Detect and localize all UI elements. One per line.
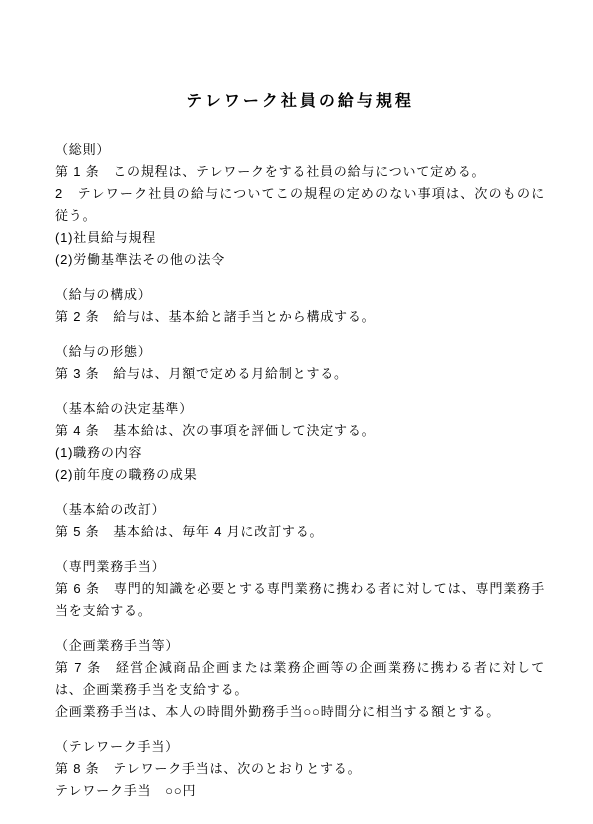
section-line: 2 テレワーク社員の給与についてこの規程の定めのない事項は、次のものに従う。 bbox=[55, 183, 545, 227]
regulation-section: （基本給の決定基準）第 4 条 基本給は、次の事項を評価して決定する。(1)職務… bbox=[55, 398, 545, 486]
section-line: (1)職務の内容 bbox=[55, 442, 545, 464]
document-body: （総則）第 1 条 この規程は、テレワークをする社員の給与について定める。2 テ… bbox=[55, 139, 545, 802]
section-heading: （専門業務手当） bbox=[55, 556, 545, 578]
section-line: 第 8 条 テレワーク手当は、次のとおりとする。 bbox=[55, 758, 545, 780]
section-line: 第 3 条 給与は、月額で定める月給制とする。 bbox=[55, 363, 545, 385]
section-line: 第 5 条 基本給は、毎年 4 月に改訂する。 bbox=[55, 521, 545, 543]
section-line: 第 2 条 給与は、基本給と諸手当とから構成する。 bbox=[55, 306, 545, 328]
section-line: 第 1 条 この規程は、テレワークをする社員の給与について定める。 bbox=[55, 161, 545, 183]
section-line: 第 6 条 専門的知識を必要とする専門業務に携わる者に対しては、専門業務手当を支… bbox=[55, 578, 545, 622]
regulation-section: （給与の形態）第 3 条 給与は、月額で定める月給制とする。 bbox=[55, 341, 545, 385]
section-line: 第 4 条 基本給は、次の事項を評価して決定する。 bbox=[55, 420, 545, 442]
section-heading: （給与の構成） bbox=[55, 284, 545, 306]
section-line: 企画業務手当は、本人の時間外勤務手当○○時間分に相当する額とする。 bbox=[55, 701, 545, 723]
section-line: テレワーク手当 ○○円 bbox=[55, 780, 545, 802]
regulation-section: （企画業務手当等）第 7 条 経営企減商品企画または業務企画等の企画業務に携わる… bbox=[55, 635, 545, 723]
section-heading: （企画業務手当等） bbox=[55, 635, 545, 657]
section-heading: （基本給の改訂） bbox=[55, 499, 545, 521]
regulation-section: （給与の構成）第 2 条 給与は、基本給と諸手当とから構成する。 bbox=[55, 284, 545, 328]
section-line: (1)社員給与規程 bbox=[55, 227, 545, 249]
regulation-section: （総則）第 1 条 この規程は、テレワークをする社員の給与について定める。2 テ… bbox=[55, 139, 545, 271]
document-page: テレワーク社員の給与規程 （総則）第 1 条 この規程は、テレワークをする社員の… bbox=[0, 0, 593, 824]
section-heading: （テレワーク手当） bbox=[55, 736, 545, 758]
section-heading: （給与の形態） bbox=[55, 341, 545, 363]
regulation-section: （テレワーク手当）第 8 条 テレワーク手当は、次のとおりとする。テレワーク手当… bbox=[55, 736, 545, 802]
regulation-section: （専門業務手当）第 6 条 専門的知識を必要とする専門業務に携わる者に対しては、… bbox=[55, 556, 545, 622]
section-line: (2)労働基準法その他の法令 bbox=[55, 249, 545, 271]
section-line: 第 7 条 経営企減商品企画または業務企画等の企画業務に携わる者に対しては、企画… bbox=[55, 657, 545, 701]
section-heading: （基本給の決定基準） bbox=[55, 398, 545, 420]
section-heading: （総則） bbox=[55, 139, 545, 161]
regulation-section: （基本給の改訂）第 5 条 基本給は、毎年 4 月に改訂する。 bbox=[55, 499, 545, 543]
document-title: テレワーク社員の給与規程 bbox=[55, 88, 545, 111]
section-line: (2)前年度の職務の成果 bbox=[55, 464, 545, 486]
